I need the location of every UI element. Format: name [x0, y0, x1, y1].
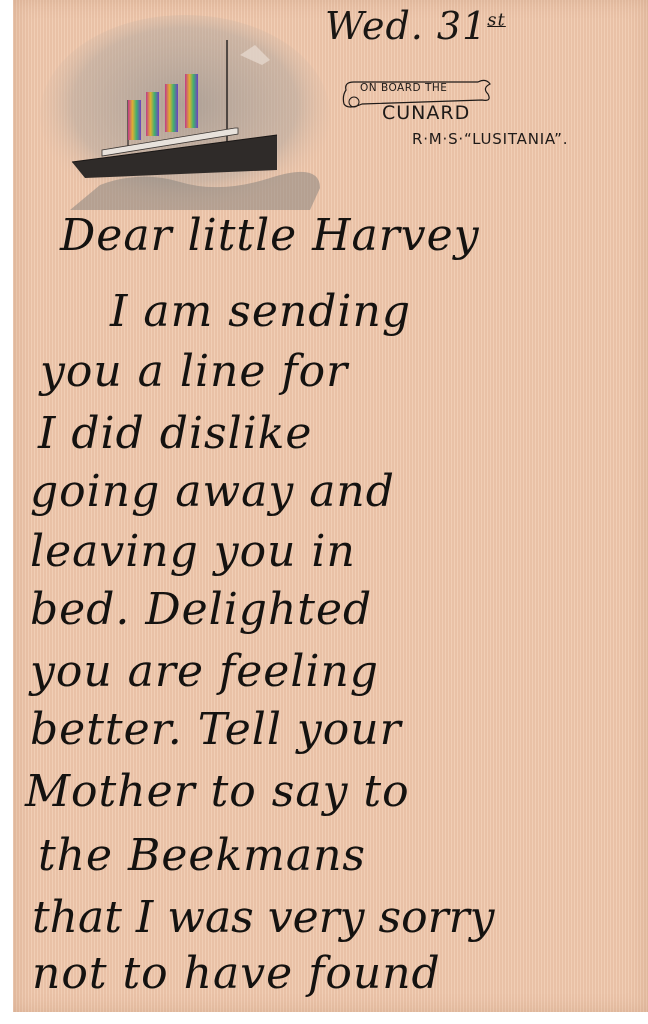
- body-line: you are feeling: [30, 646, 379, 697]
- body-line: Mother to say to: [25, 766, 410, 817]
- body-line: leaving you in: [30, 526, 356, 577]
- letterhead: ON BOARD THE CUNARD R·M·S·“LUSITANIA”.: [340, 76, 640, 156]
- ship-name: R·M·S·“LUSITANIA”.: [412, 130, 568, 148]
- letter-date: Wed. 31st: [325, 4, 506, 48]
- salutation-line: Dear little Harvey: [60, 210, 480, 261]
- body-line: bed. Delighted: [30, 584, 372, 635]
- banner-text: ON BOARD THE: [360, 82, 447, 94]
- body-line: not to have found: [32, 948, 441, 999]
- body-line: better. Tell your: [30, 704, 402, 755]
- ship-illustration: [40, 10, 330, 215]
- company-name: CUNARD: [382, 102, 470, 124]
- date-text: Wed. 31: [325, 4, 487, 48]
- body-line: the Beekmans: [38, 830, 366, 881]
- body-line: I did dislike: [38, 408, 312, 459]
- body-line: you a line for: [40, 346, 348, 397]
- date-suffix: st: [487, 9, 505, 30]
- body-line: I am sending: [110, 286, 411, 337]
- body-line: that I was very sorry: [32, 892, 495, 943]
- body-line: going away and: [30, 466, 395, 517]
